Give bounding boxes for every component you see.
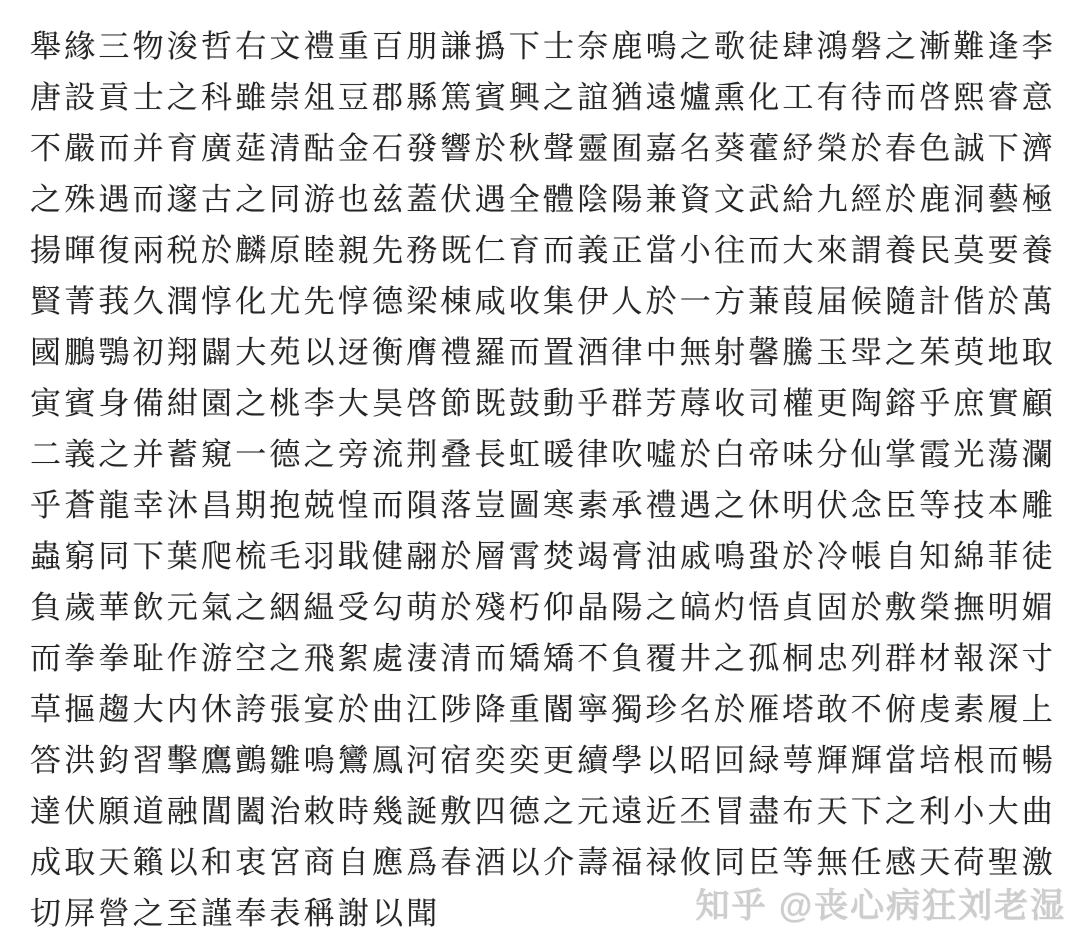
text-line: 草摳趨大内休誇張宴於曲江陟降重閽寧獨珍名於雁塔敢不俯虔素履上 — [30, 684, 1054, 735]
scanned-document-page: 舉緣三物浚哲右文禮重百朋謙撝下士奈鹿鳴之歌徒肆鴻磐之漸難逢李 唐設貢士之科雖崇俎… — [0, 0, 1080, 940]
classical-text-block: 舉緣三物浚哲右文禮重百朋謙撝下士奈鹿鳴之歌徒肆鴻磐之漸難逢李 唐設貢士之科雖崇俎… — [30, 21, 1054, 939]
text-line: 舉緣三物浚哲右文禮重百朋謙撝下士奈鹿鳴之歌徒肆鴻磐之漸難逢李 — [30, 21, 1054, 72]
text-line: 寅賓身備紺園之桃李大昊啓節既鼓動乎群芳蓐收司權更陶鎔乎庶實顧 — [30, 378, 1054, 429]
text-line: 國鵬鶚初翔闢大苑以迓衡膺禮羅而置酒律中無射馨騰玉斝之茱萸地取 — [30, 327, 1054, 378]
text-line: 不嚴而并育廣莚清酤金石發響於秋聲靈囿嘉名葵藿紓榮於春色誠下濟 — [30, 123, 1054, 174]
text-line: 達伏願道融閶闔治敕時幾誕敷四德之元遠近丕冒盡布天下之利小大曲 — [30, 786, 1054, 837]
zhihu-watermark: 知乎 @丧心病狂刘老湿 — [695, 878, 1066, 927]
text-line: 負歲華飲元氣之絪緼受勾萌於殘朽仰晶陽之皜灼悟貞固於敷榮撫明媚 — [30, 582, 1054, 633]
text-line: 唐設貢士之科雖崇俎豆郡縣篤賓興之誼猶遠爐熏化工有待而啓熙睿意 — [30, 72, 1054, 123]
text-line: 乎蒼龍幸沐昌期抱兢惶而隕落豈圖寒素承禮遇之休明伏念臣等技本雕 — [30, 480, 1054, 531]
text-line: 二義之并蓄窺一德之旁流荆叠長虹暖律吹噓於白帝味分仙掌霞光蕩瀾 — [30, 429, 1054, 480]
text-line: 蟲窮同下葉爬梳毛羽戢健翮於層霄焚竭膏油戚鳴蛩於冷帳自知綿菲徒 — [30, 531, 1054, 582]
text-line: 揚暉復兩税於麟原睦親先務既仁育而義正當小往而大來謂養民莫要養 — [30, 225, 1054, 276]
text-line: 之殊遇而邃古之同游也兹蓋伏遇全體陰陽兼資文武給九經於鹿洞藝極 — [30, 174, 1054, 225]
text-line: 而拳拳耻作游空之飛絮處淒清而矯矯不負覆井之孤桐忠列群材報深寸 — [30, 633, 1054, 684]
text-line: 答洪鈞習擊鷹鸇雛鳴鸞鳳河宿奕奕更續學以昭回緑萼輝輝當培根而暢 — [30, 735, 1054, 786]
text-line: 賢菁莪久潤惇化尤先惇德梁棟咸收集伊人於一方蒹葭届候隨計偕於萬 — [30, 276, 1054, 327]
